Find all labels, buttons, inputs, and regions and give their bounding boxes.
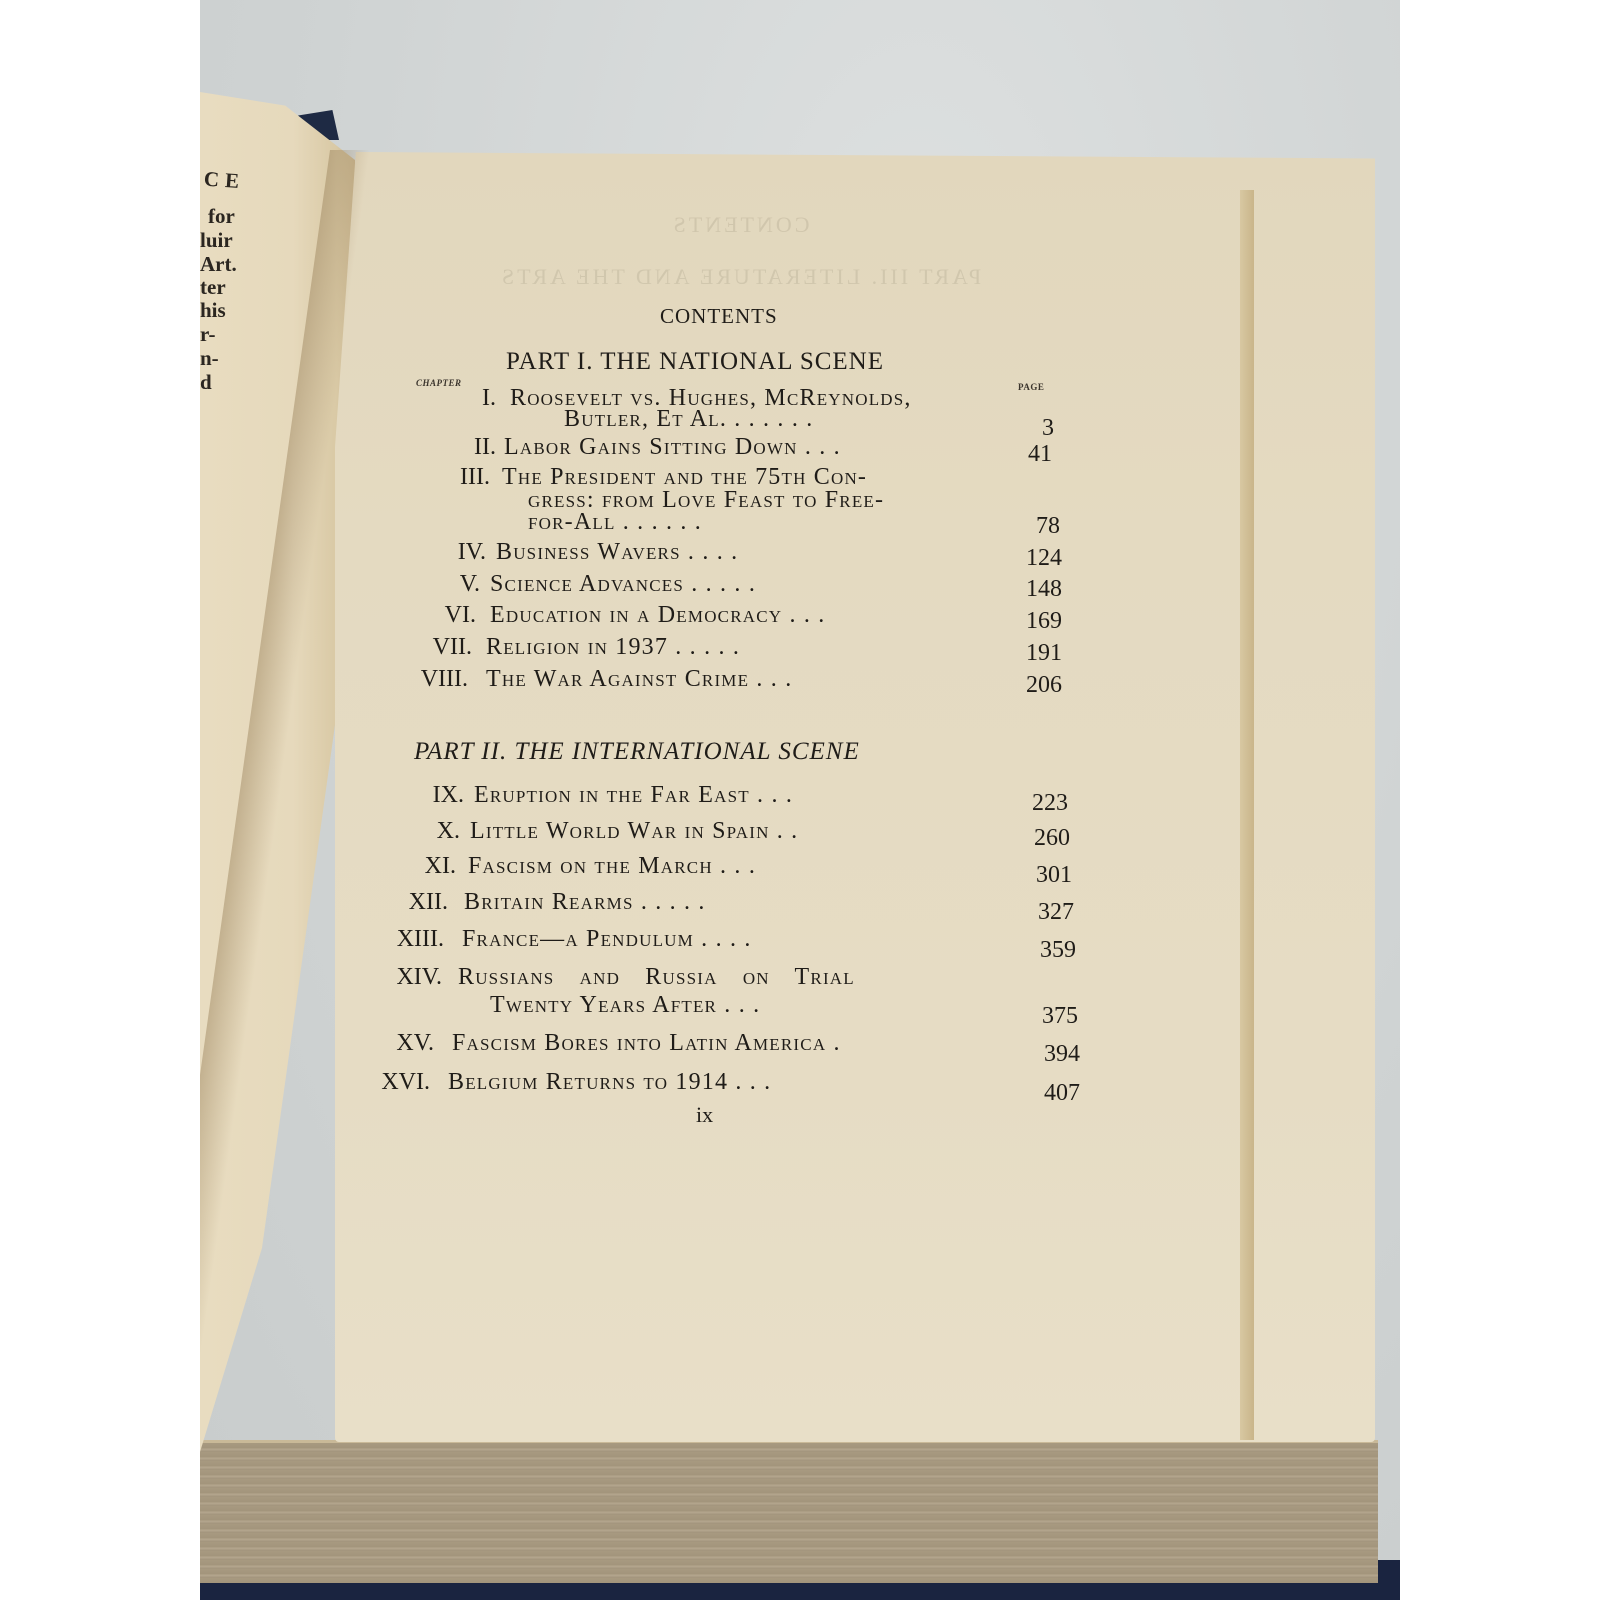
chapter-title: Fascism Bores into Latin America . <box>452 1030 841 1057</box>
page-number: 41 <box>1028 441 1052 468</box>
chapter-title: Russians and Russia on Trial <box>458 964 855 991</box>
chapter-title: Fascism on the March . . . <box>468 853 756 880</box>
table-of-contents: CONTENTS PART I. THE NATIONAL SCENE CHAP… <box>200 0 1400 1600</box>
chapter-title-cont: Twenty Years After . . . <box>490 992 760 1019</box>
chapter-number: X. <box>382 818 460 845</box>
page-number: 375 <box>1042 1003 1078 1030</box>
chapter-title: Belgium Returns to 1914 . . . <box>448 1069 771 1096</box>
chapter-number: XIII. <box>366 926 444 953</box>
chapter-number: II. <box>418 434 496 461</box>
page-number: 124 <box>1026 545 1062 572</box>
page-number: 260 <box>1034 825 1070 852</box>
chapter-number: XIV. <box>364 964 442 991</box>
chapter-number: III. <box>412 464 490 491</box>
chapter-number: XI. <box>378 853 456 880</box>
page-folio: ix <box>696 1102 713 1128</box>
chapter-title: Little World War in Spain . . <box>470 818 798 845</box>
chapter-title: Business Wavers . . . . <box>496 539 738 566</box>
page-number: 359 <box>1040 937 1076 964</box>
chapter-number: VI. <box>398 602 476 629</box>
chapter-title: Labor Gains Sitting Down . . . <box>504 434 841 461</box>
chapter-title: Britain Rearms . . . . . <box>464 889 706 916</box>
chapter-title: The War Against Crime . . . <box>486 666 792 693</box>
chapter-number: IX. <box>386 782 464 809</box>
toc-title: CONTENTS <box>660 304 778 329</box>
page-number: 206 <box>1026 672 1062 699</box>
chapter-number: VIII. <box>390 666 468 693</box>
chapter-number: XII. <box>370 889 448 916</box>
page-number: 301 <box>1036 862 1072 889</box>
part-heading: PART II. THE INTERNATIONAL SCENE <box>414 738 860 766</box>
page-number: 78 <box>1036 513 1060 540</box>
page-column-label: PAGE <box>1018 382 1044 392</box>
chapter-number: XV. <box>356 1030 434 1057</box>
chapter-title: Religion in 1937 . . . . . <box>486 634 740 661</box>
chapter-title: Education in a Democracy . . . <box>490 602 825 629</box>
chapter-title: Science Advances . . . . . <box>490 571 756 598</box>
page-number: 327 <box>1038 899 1074 926</box>
page-number: 3 <box>1042 415 1054 442</box>
page-number: 191 <box>1026 640 1062 667</box>
chapter-number: VII. <box>394 634 472 661</box>
page-number: 394 <box>1044 1041 1080 1068</box>
chapter-number: V. <box>402 571 480 598</box>
part-heading: PART I. THE NATIONAL SCENE <box>506 348 884 376</box>
chapter-title-cont: for-All . . . . . . <box>528 509 702 536</box>
chapter-title: Eruption in the Far East . . . <box>474 782 793 809</box>
chapter-number: XVI. <box>352 1069 430 1096</box>
page-number: 223 <box>1032 790 1068 817</box>
page-number: 407 <box>1044 1080 1080 1107</box>
book-photo: CE for luir Art. ter his r- n- d CONTENT… <box>200 0 1400 1600</box>
chapter-title: France—a Pendulum . . . . <box>462 926 752 953</box>
chapter-number: I. <box>418 385 496 412</box>
chapter-number: IV. <box>408 539 486 566</box>
page-number: 169 <box>1026 608 1062 635</box>
page-number: 148 <box>1026 576 1062 603</box>
chapter-title-cont: Butler, Et Al. . . . . . . <box>564 406 813 433</box>
